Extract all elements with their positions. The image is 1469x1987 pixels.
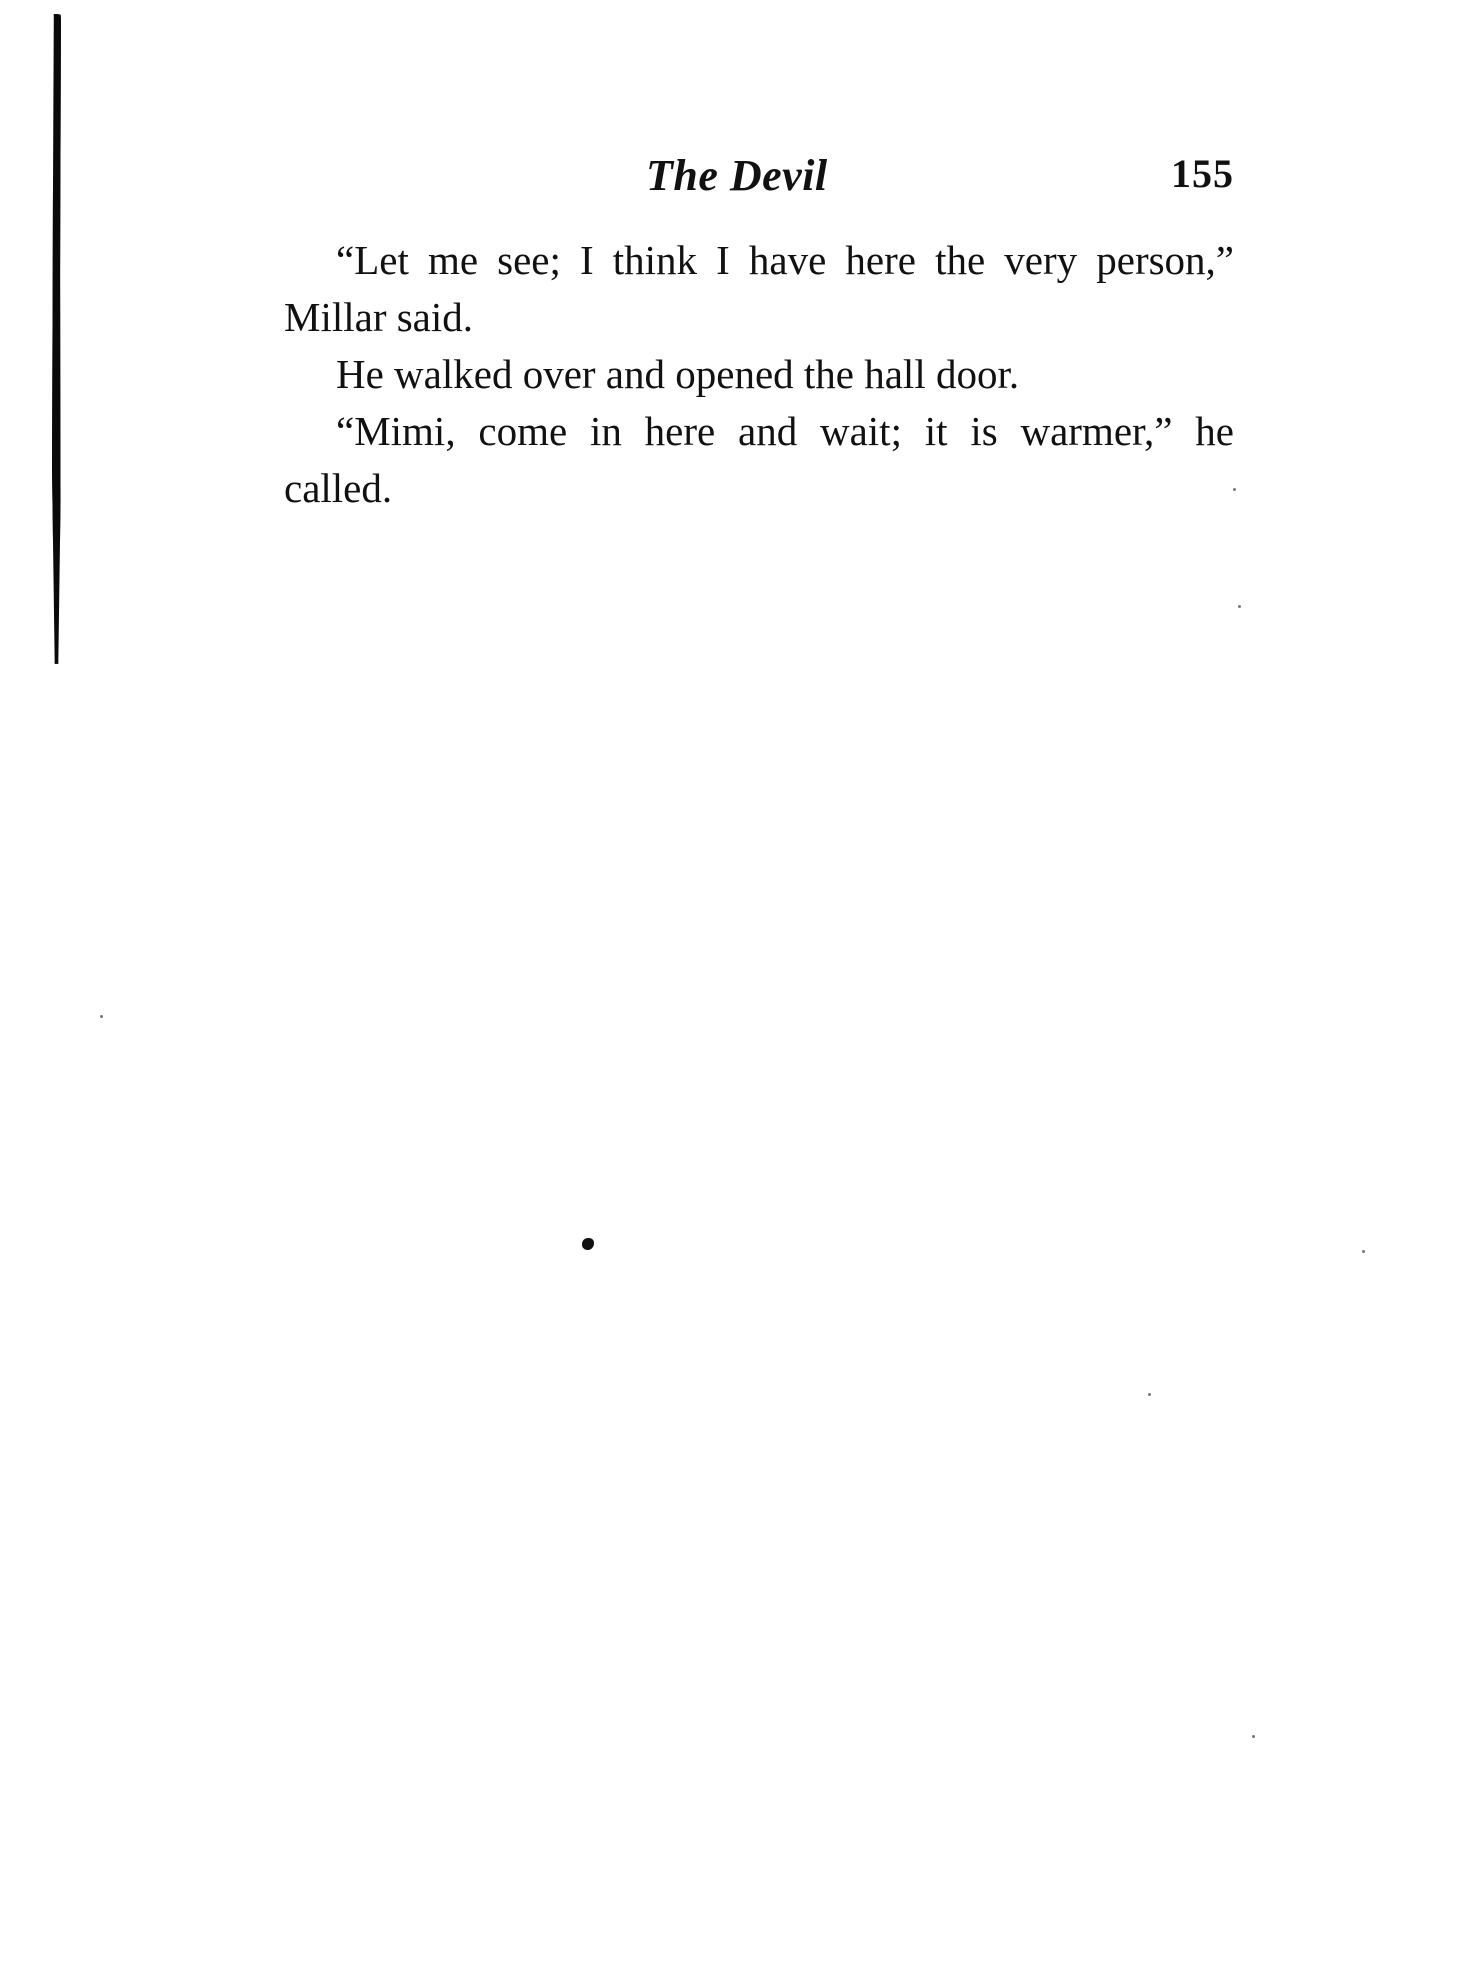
paragraph: “Let me see; I think I have here the ver… — [284, 232, 1234, 346]
speck — [1362, 1250, 1365, 1253]
paragraph: “Mimi, come in here and wait; it is warm… — [284, 403, 1234, 517]
body-text: “Let me see; I think I have here the ver… — [284, 232, 1234, 517]
page-number: 155 — [1171, 150, 1234, 197]
running-head: The Devil 155 — [284, 140, 1234, 200]
speck — [1252, 1735, 1255, 1738]
ink-blot — [582, 1238, 594, 1250]
speck — [1233, 488, 1236, 491]
scanned-binding-edge — [52, 14, 61, 664]
speck — [1238, 605, 1241, 608]
speck — [100, 1015, 103, 1018]
paragraph: He walked over and opened the hall door. — [284, 346, 1234, 403]
running-title: The Devil — [646, 150, 828, 201]
book-page: The Devil 155 “Let me see; I think I hav… — [284, 140, 1234, 517]
speck — [1148, 1393, 1151, 1396]
